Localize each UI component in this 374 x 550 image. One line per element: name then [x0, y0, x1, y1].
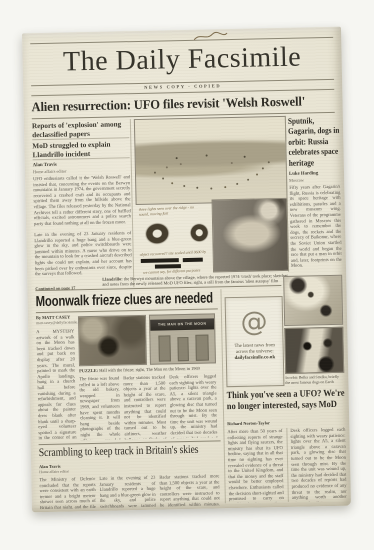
scrambling-byline-role: Home affairs editor [39, 470, 69, 475]
scrambling-body-col2: Late in the evening of 23 January reside… [99, 475, 156, 508]
website-promo-box: @ The latest news from across the univer… [225, 296, 285, 387]
handwritten-note-2: object recovered? site sealed until 0600… [140, 250, 212, 258]
space-dog-photo-2 [284, 327, 344, 374]
moonwalk-headline: Moonwalk frieze clues are needed [35, 290, 213, 310]
sputnik-headline: Sputnik, Gagarin, dogs in orbit: Russia … [288, 115, 342, 168]
lead-body-1: UFO enthusiasts called it the 'Welsh Ros… [33, 174, 131, 230]
lead-headline: Alien resurrection: UFO files revisit 'W… [31, 93, 305, 115]
ufo-ring-sketch-2 [185, 218, 214, 247]
shopfront-photo: THE MAN ON THE MOON [149, 313, 216, 364]
redaction-bar [141, 258, 179, 263]
lead-byline-role: Home affairs editor [33, 167, 130, 174]
think-byline: Richard Norton-Taylor [227, 420, 270, 426]
newspaper-page: The Daily Facsimile News copy - Copied A… [22, 27, 351, 513]
redaction-bar [155, 264, 181, 269]
website-url: dailyfacsimile.co.uk [227, 355, 283, 362]
sputnik-byline-role: Moscow [289, 178, 304, 183]
moonwalk-caption-text: Hall with the frieze; right, The Man on … [98, 366, 200, 373]
space-dog-photo-1 [283, 275, 343, 326]
redaction-bar [183, 258, 203, 262]
moonwalk-body-col1: A MYSTERY artwork of a walk on the Moon … [36, 328, 76, 441]
moonwalk-byline: By MATT CASEY [36, 314, 70, 320]
shop-window [195, 335, 209, 361]
pen-mark-icon [190, 30, 230, 43]
masthead-title: The Daily Facsimile [30, 40, 334, 80]
scrambling-body-col3: Radar stations tracked more than 1,500 o… [159, 473, 220, 506]
moonwalk-body-col3: Radar stations tracked more than 1,500 o… [123, 374, 166, 439]
think-headline: Think you've seen a UFO? We're no longer… [227, 389, 345, 413]
alien-autopsy-photo [212, 198, 290, 273]
sputnik-byline: Luke Harding [289, 171, 318, 177]
moonwalk-body-col2: The frieze was found rolled in a loft ab… [79, 375, 120, 440]
shop-door [177, 337, 189, 361]
sputnik-body: Fifty years after Gagarin's flight, Russ… [289, 184, 342, 274]
scrambling-body-col1: The Ministry of Defence concluded that t… [39, 476, 96, 509]
moonwalk-body-col4: Desk officers logged each sighting with … [169, 373, 217, 438]
dogs-caption: In orbit: Belka and Strelka, briefly the… [285, 375, 344, 387]
shop-window [158, 335, 171, 361]
shop-sign: THE MAN ON THE MOON [150, 318, 214, 330]
moonwalk-caption-label: PUZZLE: [79, 368, 98, 373]
ufo-ring-sketch-1 [138, 217, 175, 251]
at-icon: @ [226, 306, 283, 338]
think-body-col1: After more than 50 years of collecting r… [227, 428, 284, 503]
scan-background: The Daily Facsimile News copy - Copied A… [0, 0, 374, 550]
think-body-col2: Desk officers logged each sighting with … [290, 427, 347, 502]
column-rule [286, 428, 289, 502]
scrambling-byline: Alan Travis [39, 464, 61, 469]
scrambling-headline: Scrambling to keep track in Britain's sk… [39, 444, 199, 459]
moorland-sketch-image [134, 116, 288, 205]
frieze-photo [78, 315, 147, 366]
handwritten-note-1: three lights seen over the ridge - no so… [139, 205, 203, 217]
sketch-stones [135, 120, 137, 122]
